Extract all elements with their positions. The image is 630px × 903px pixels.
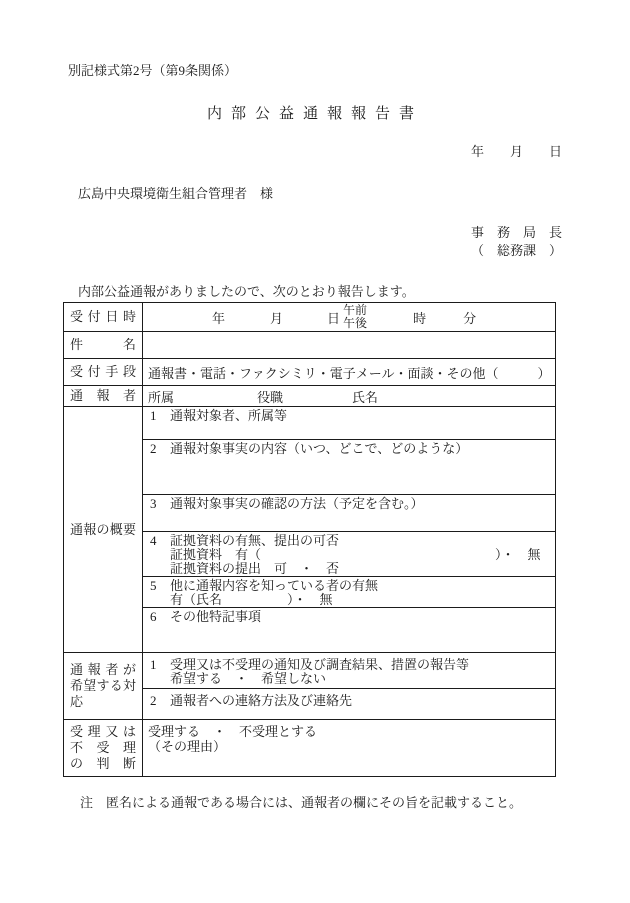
summary-item-3-cell: 3 通報対象事実の確認の方法（予定を含む。） [143,495,556,532]
table-row: 通報者が 希望する対応 1 受理又は不受理の通知及び調査結果、措置の報告等 希望… [64,653,556,689]
table-row: 受付日時 年 月 日 午前 午後 時 分 [64,303,556,332]
month-label: 月 [270,308,283,327]
table-row: 受付手段 通報書・電話・ファクシミリ・電子メール・面談・その他（ ） [64,359,556,386]
year-label: 年 [212,308,225,327]
report-form-table: 受付日時 年 月 日 午前 午後 時 分 件名 [63,302,556,777]
summary-label-cell: 通報の概要 [64,407,143,653]
summary-item-5-cell: 5 他に通報内容を知っている者の有無 有（氏名 ）・ 無 [143,577,556,608]
hour-label: 時 [413,308,426,327]
table-row: 件名 [64,332,556,359]
item-number: 1 [150,409,170,423]
item-number: 2 [150,694,170,708]
reporter-value-cell: 所属 役職 氏名 [143,386,556,407]
decision-label-cell: 受理又は 不受理 の判断 [64,720,143,777]
summary-item: 1 通報対象者、所属等 [143,409,551,423]
reporter-affiliation-label: 所属 [148,387,257,406]
item-number: 4 [150,534,170,576]
summary-item-text: 証拠資料の有無、提出の可否 [170,534,551,548]
desired-item-text: 通報者への連絡方法及び連絡先 [170,694,551,708]
desired-item: 1 受理又は不受理の通知及び調査結果、措置の報告等 希望する ・ 希望しない [143,655,551,686]
desired-item: 2 通報者への連絡方法及び連絡先 [143,691,551,708]
document-page: 別記様式第2号（第9条関係） 内部公益通報報告書 年 月 日 広島中央環境衛生組… [0,0,630,903]
summary-item: 3 通報対象事実の確認の方法（予定を含む。） [143,497,551,511]
summary-item-1-cell: 1 通報対象者、所属等 [143,407,556,440]
summary-item: 5 他に通報内容を知っている者の有無 有（氏名 ）・ 無 [143,579,551,607]
summary-item: 6 その他特記事項 [143,610,551,624]
intro-sentence: 内部公益通報がありましたので、次のとおり報告します。 [78,281,415,300]
decision-value-cell: 受理する ・ 不受理とする （その理由） [143,720,556,777]
date-line: 年 月 日 [471,141,562,160]
decision-reason-label: （その理由） [148,739,551,754]
summary-item-text: 他に通報内容を知っている者の有無 [170,579,551,593]
reporter-name-label: 氏名 [352,387,378,406]
summary-item-text: 有（氏名 ）・ 無 [170,593,551,607]
reporter-fields: 所属 役職 氏名 [148,387,551,406]
addressee: 広島中央環境衛生組合管理者 様 [78,183,273,202]
table-row: 通報者 所属 役職 氏名 [64,386,556,407]
subject-value-cell [143,332,556,359]
summary-item: 2 通報対象事実の内容（いつ、どこで、どのような） [143,442,551,456]
desired-item-text: 受理又は不受理の通知及び調査結果、措置の報告等 [170,658,551,672]
reporter-label-cell: 通報者 [64,386,143,407]
desired-response-label-line: 希望する対応 [70,678,136,710]
decision-options: 受理する ・ 不受理とする [148,724,551,739]
table-row: 通報の概要 1 通報対象者、所属等 [64,407,556,440]
footnote: 注 匿名による通報である場合には、通報者の欄にその旨を記載すること。 [80,792,522,811]
decision-label-line: 受理又は [70,724,136,740]
sender-title: 事 務 局 長 [471,224,562,242]
desired-response-label-line: 通報者が [70,662,136,678]
desired-item-2-cell: 2 通報者への連絡方法及び連絡先 [143,689,556,720]
summary-item-6-cell: 6 その他特記事項 [143,608,556,653]
ampm-stack: 午前 午後 [343,304,367,330]
decision-label-line: 不受理 [70,740,136,756]
summary-item-text: 通報対象事実の確認の方法（予定を含む。） [170,497,551,511]
summary-item-text: その他特記事項 [170,610,551,624]
form-number: 別記様式第2号（第9条関係） [68,60,237,79]
summary-item-text: 証拠資料 有（ ）・ 無 [170,548,551,562]
day-label: 日 [327,308,340,327]
summary-item-2-cell: 2 通報対象事実の内容（いつ、どこで、どのような） [143,440,556,495]
datetime-template: 年 月 日 午前 午後 時 分 [148,304,551,330]
reception-method-value-cell: 通報書・電話・ファクシミリ・電子メール・面談・その他（ ） [143,359,556,386]
summary-item: 4 証拠資料の有無、提出の可否 証拠資料 有（ ）・ 無 証拠資料の提出 可 ・… [143,534,551,576]
summary-item-4-cell: 4 証拠資料の有無、提出の可否 証拠資料 有（ ）・ 無 証拠資料の提出 可 ・… [143,532,556,577]
reception-method-options: 通報書・電話・ファクシミリ・電子メール・面談・その他（ ） [148,363,551,382]
summary-item-text: 証拠資料の提出 可 ・ 否 [170,562,551,576]
reception-datetime-label: 受付日時 [70,309,136,325]
item-number: 1 [150,658,170,686]
subject-label-cell: 件名 [64,332,143,359]
reception-method-label-cell: 受付手段 [64,359,143,386]
sender-block: 事 務 局 長 （ 総務課 ） [471,224,562,260]
desired-item-1-cell: 1 受理又は不受理の通知及び調査結果、措置の報告等 希望する ・ 希望しない [143,653,556,689]
minute-label: 分 [463,308,476,327]
sender-department: （ 総務課 ） [471,242,562,260]
item-number: 2 [150,442,170,456]
subject-label: 件名 [70,337,136,353]
page-title: 内部公益通報報告書 [0,102,630,123]
summary-label: 通報の概要 [70,522,136,538]
decision-label-line: の判断 [70,756,136,772]
reception-datetime-value-cell: 年 月 日 午前 午後 時 分 [143,303,556,332]
item-number: 5 [150,579,170,607]
summary-item-text: 通報対象者、所属等 [170,409,551,423]
summary-item-text: 通報対象事実の内容（いつ、どこで、どのような） [170,442,551,456]
table-row: 受理又は 不受理 の判断 受理する ・ 不受理とする （その理由） [64,720,556,777]
desired-response-label-cell: 通報者が 希望する対応 [64,653,143,720]
reception-method-label: 受付手段 [70,364,136,380]
pm-label: 午後 [343,317,367,330]
reception-datetime-label-cell: 受付日時 [64,303,143,332]
desired-item-text: 希望する ・ 希望しない [170,672,551,686]
reporter-position-label: 役職 [257,387,352,406]
item-number: 6 [150,610,170,624]
item-number: 3 [150,497,170,511]
reporter-label: 通報者 [70,388,136,404]
